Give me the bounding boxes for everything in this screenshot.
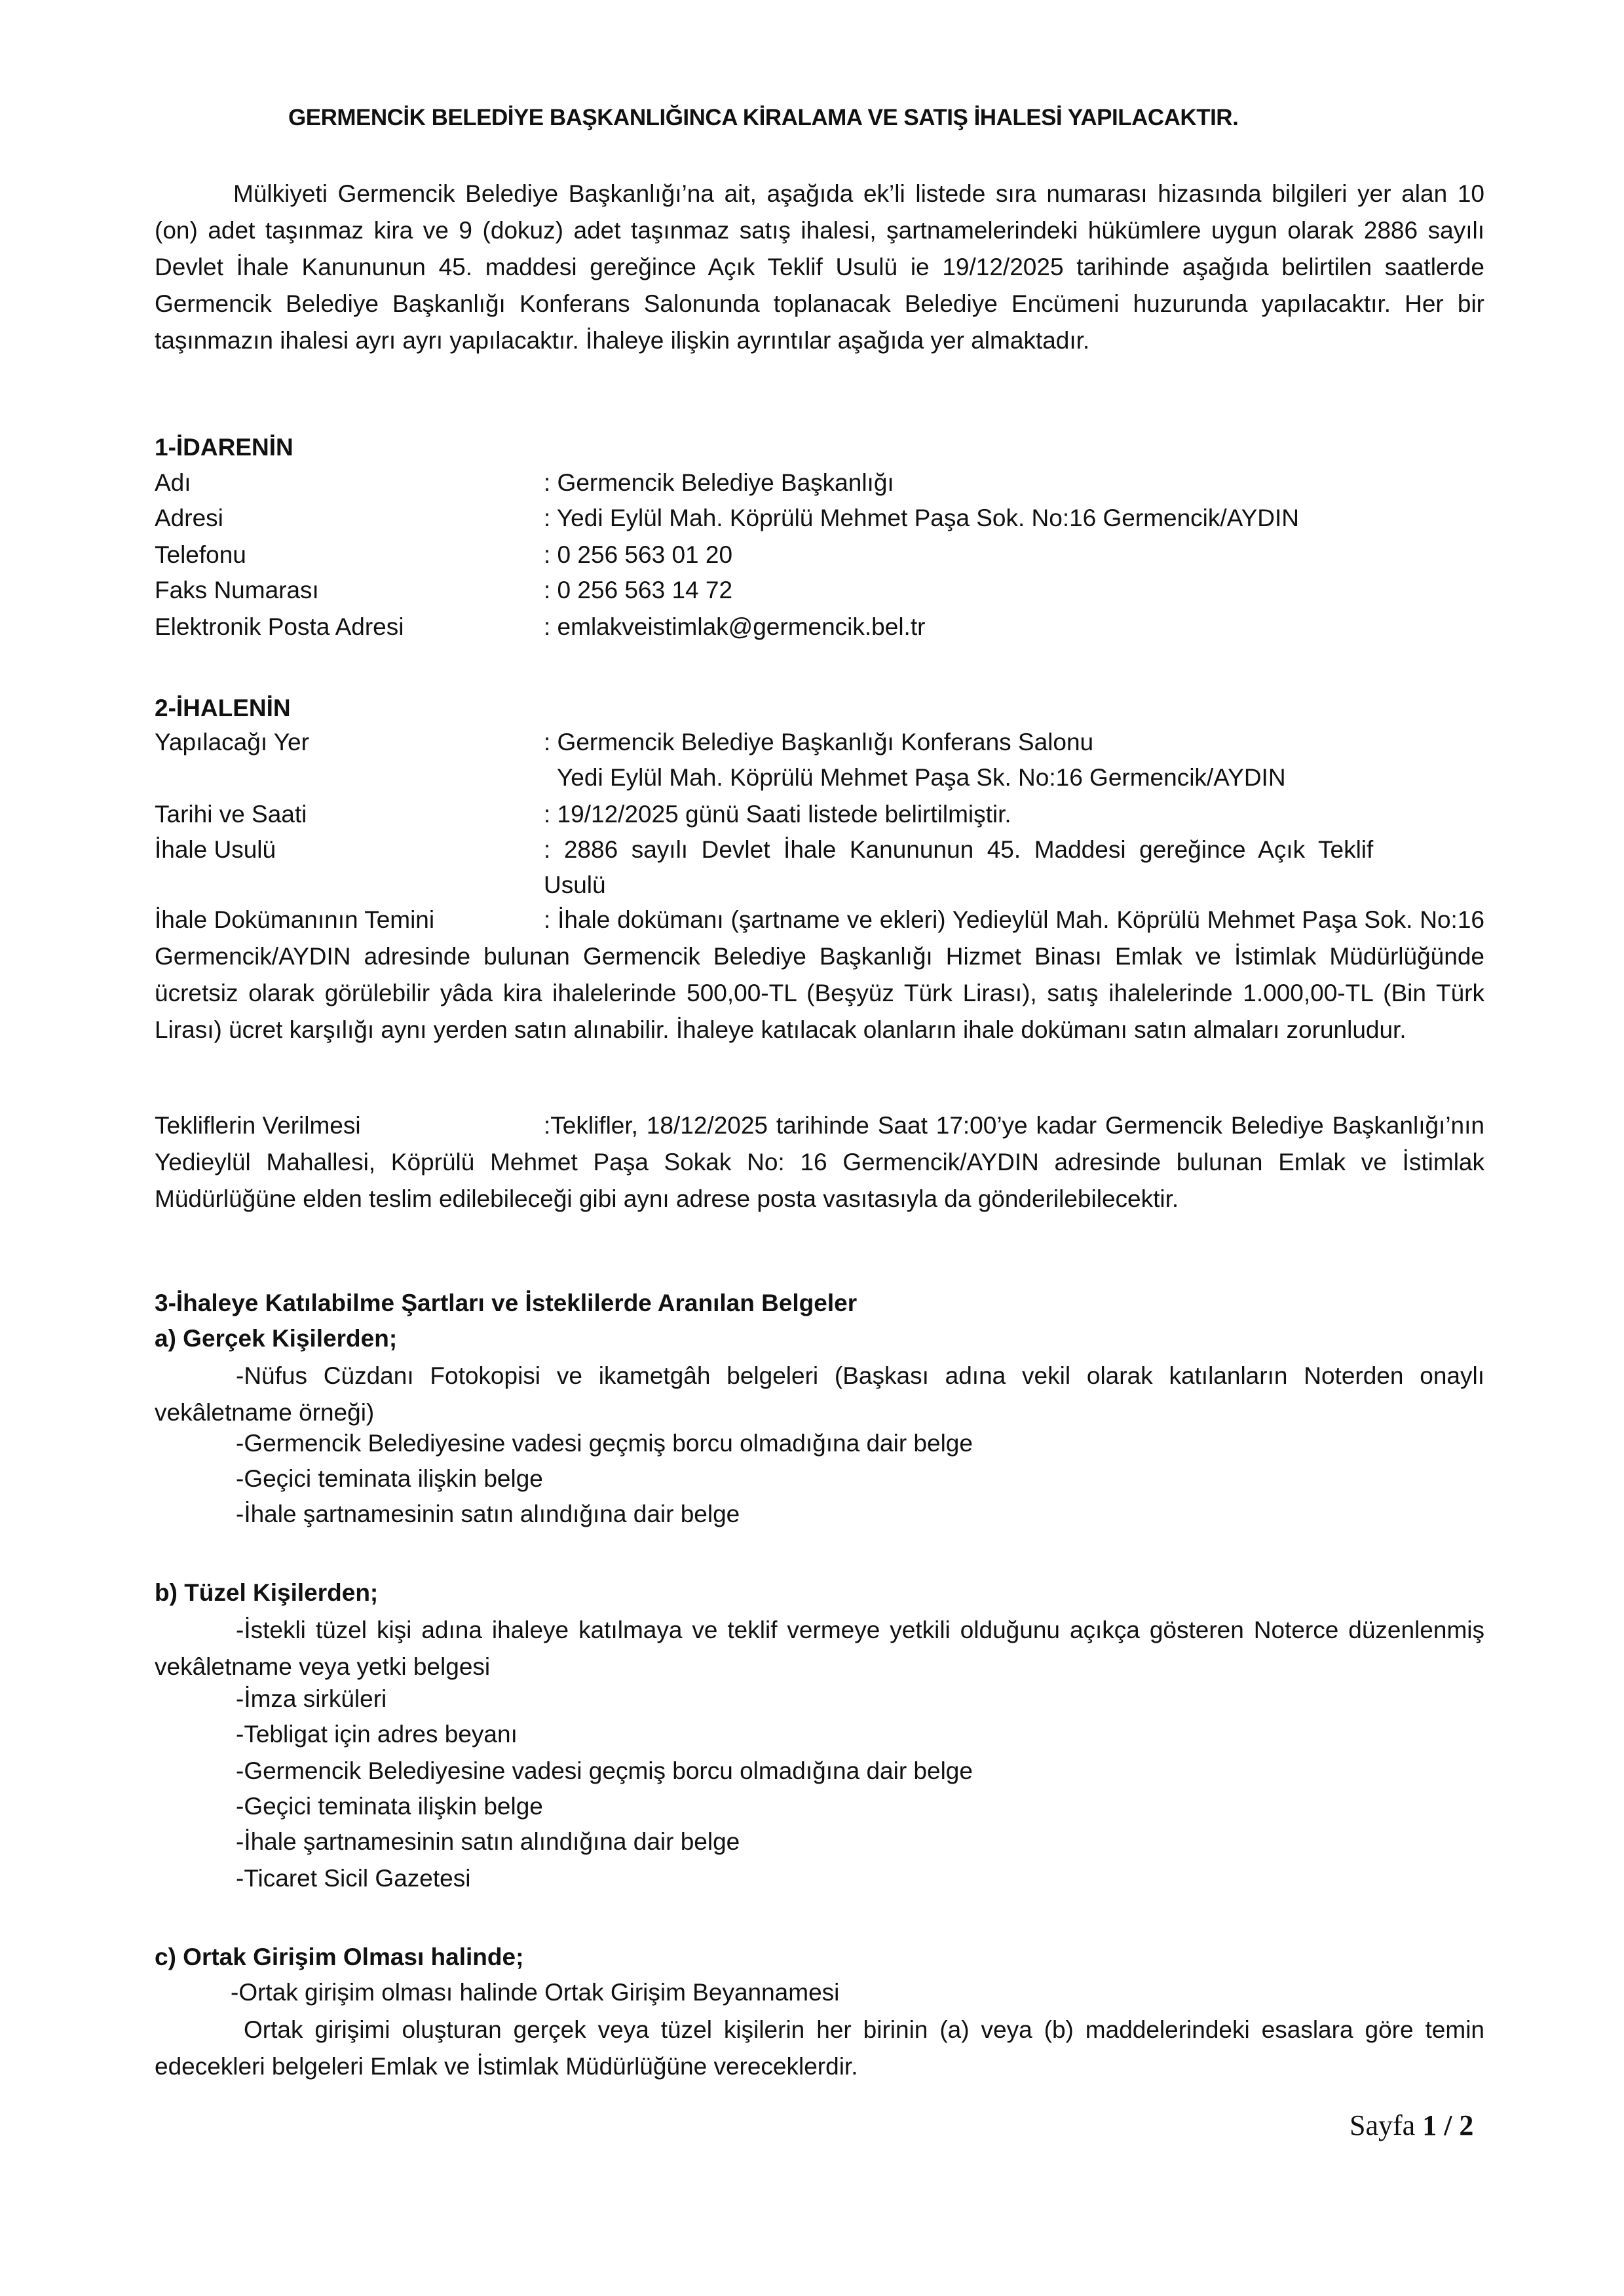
docs-label: İhale Dokümanının Temini [155,902,544,938]
section1-heading: 1-İDARENİN [155,434,293,461]
list-item-text: -İstekli tüzel kişi adına ihaleye katılm… [155,1617,1484,1680]
row-label: Elektronik Posta Adresi [155,613,404,641]
list-item: -Geçici teminata ilişkin belge [236,1793,543,1820]
list-item: -Ortak girişim olması halinde Ortak Giri… [231,1979,839,2006]
list-item: -İstekli tüzel kişi adına ihaleye katılm… [155,1612,1484,1685]
section3c-note: Ortak girişimi oluşturan gerçek veya tüz… [155,2012,1484,2085]
row-value: : 2886 sayılı Devlet İhale Kanununun 45.… [544,836,1373,864]
row-value: Yedi Eylül Mah. Köprülü Mehmet Paşa Sk. … [557,764,1286,792]
page-separator: / [1444,2109,1452,2141]
row-value: : 0 256 563 14 72 [544,577,732,604]
section3c-heading: c) Ortak Girişim Olması halinde; [155,1943,523,1971]
row-value: : Germencik Belediye Başkanlığı [544,469,894,497]
list-item: -Germencik Belediyesine vadesi geçmiş bo… [236,1757,973,1785]
row-label: Faks Numarası [155,577,319,604]
list-item: -İhale şartnamesinin satın alındığına da… [236,1828,740,1856]
intro-paragraph: Mülkiyeti Germencik Belediye Başkanlığı’… [155,176,1484,359]
note-text: Ortak girişimi oluşturan gerçek veya tüz… [155,2016,1484,2080]
section2-heading: 2-İHALENİN [155,695,291,722]
document-title: GERMENCİK BELEDİYE BAŞKANLIĞINCA KİRALAM… [288,105,1350,131]
list-item: -Ticaret Sicil Gazetesi [236,1865,470,1892]
list-item: -İmza sirküleri [236,1685,387,1713]
section3a-heading: a) Gerçek Kişilerden; [155,1325,397,1352]
ihale-docs-block: İhale Dokümanının Temini: İhale dokümanı… [155,902,1484,1048]
ihale-offers-block: Tekliflerin Verilmesi:Teklifler, 18/12/2… [155,1107,1484,1217]
intro-text: Mülkiyeti Germencik Belediye Başkanlığı’… [155,180,1484,354]
list-item: -İhale şartnamesinin satın alındığına da… [236,1501,740,1528]
list-item: -Nüfus Cüzdanı Fotokopisi ve ikametgâh b… [155,1358,1484,1431]
row-label: Tarihi ve Saati [155,801,307,828]
page-current: 1 [1422,2109,1437,2141]
row-value[interactable]: : emlakveistimlak@germencik.bel.tr [544,613,925,641]
row-value: Usulü [544,871,606,899]
list-item-text: -Nüfus Cüzdanı Fotokopisi ve ikametgâh b… [155,1362,1484,1426]
row-label: Adı [155,469,191,497]
page-total: 2 [1459,2109,1473,2141]
row-value: : 0 256 563 01 20 [544,541,732,569]
row-value: : 19/12/2025 günü Saati listede belirtil… [544,801,1011,828]
row-label: Telefonu [155,541,246,569]
list-item: -Tebligat için adres beyanı [236,1721,518,1748]
section3b-heading: b) Tüzel Kişilerden; [155,1579,378,1607]
list-item: -Germencik Belediyesine vadesi geçmiş bo… [236,1430,973,1457]
list-item: -Geçici teminata ilişkin belge [236,1465,543,1493]
row-value: : Yedi Eylül Mah. Köprülü Mehmet Paşa So… [544,505,1299,532]
page-number: Sayfa 1 / 2 [1350,2109,1473,2142]
page-label: Sayfa [1350,2109,1415,2141]
row-label: İhale Usulü [155,836,276,864]
row-label: Adresi [155,505,223,532]
offers-label: Tekliflerin Verilmesi [155,1107,544,1144]
section3-heading: 3-İhaleye Katılabilme Şartları ve İstekl… [155,1290,857,1317]
row-label: Yapılacağı Yer [155,729,309,756]
row-value: : Germencik Belediye Başkanlığı Konferan… [544,729,1093,756]
document-page: GERMENCİK BELEDİYE BAŞKANLIĞINCA KİRALAM… [0,0,1624,2296]
